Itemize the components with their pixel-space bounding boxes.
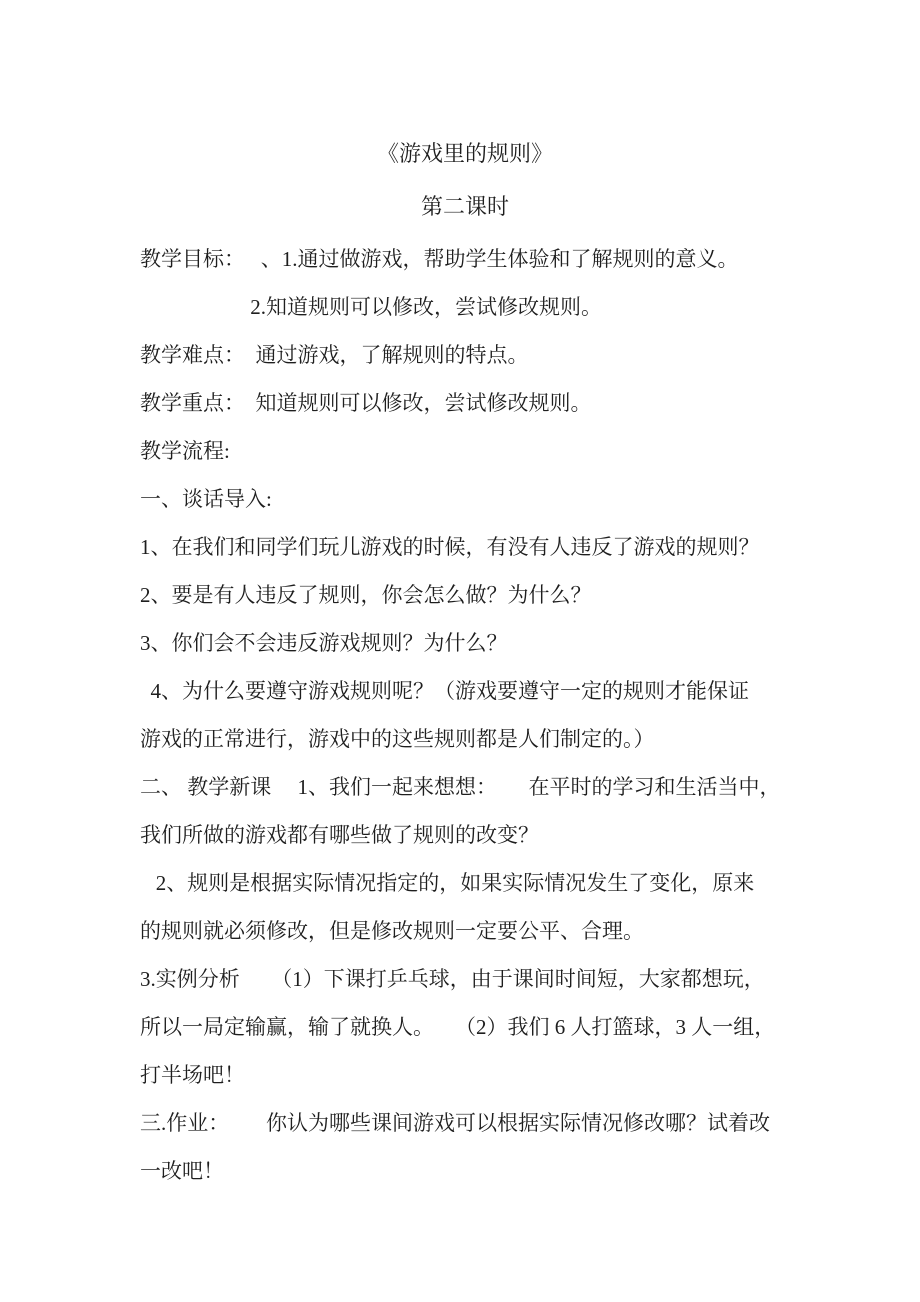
document-line: 教学目标： 、1.通过做游戏，帮助学生体验和了解规则的意义。 [140, 235, 790, 283]
document-line: 一、谈话导入: [140, 475, 790, 523]
document-body: 教学目标： 、1.通过做游戏，帮助学生体验和了解规则的意义。 2.知道规则可以修… [140, 235, 790, 1195]
document-line: 3.实例分析 （1）下课打乒乓球，由于课间时间短，大家都想玩， [140, 955, 790, 1003]
document-line: 3、你们会不会违反游戏规则？为什么？ [140, 619, 790, 667]
document-line: 2.知道规则可以修改，尝试修改规则。 [140, 283, 790, 331]
document-line: 4、为什么要遵守游戏规则呢？（游戏要遵守一定的规则才能保证 [140, 667, 790, 715]
document-line: 教学重点： 知道规则可以修改，尝试修改规则。 [140, 379, 790, 427]
document-title: 《游戏里的规则》 [140, 130, 790, 178]
document-line: 我们所做的游戏都有哪些做了规则的改变？ [140, 811, 790, 859]
document-line: 2、要是有人违反了规则，你会怎么做？为什么？ [140, 571, 790, 619]
document-page: 《游戏里的规则》 第二课时 教学目标： 、1.通过做游戏，帮助学生体验和了解规则… [0, 0, 920, 1302]
document-line: 1、在我们和同学们玩儿游戏的时候，有没有人违反了游戏的规则？ [140, 523, 790, 571]
document-line: 的规则就必须修改，但是修改规则一定要公平、合理。 [140, 907, 790, 955]
document-line: 二、 教学新课 1、我们一起来想想： 在平时的学习和生活当中， [140, 763, 790, 811]
document-line: 教学流程: [140, 427, 790, 475]
document-line: 所以一局定输赢，输了就换人。 （2）我们 6 人打篮球，3 人一组， [140, 1003, 790, 1051]
document-line: 打半场吧！ [140, 1051, 790, 1099]
document-subtitle: 第二课时 [140, 183, 790, 231]
document-line: 2、规则是根据实际情况指定的，如果实际情况发生了变化，原来 [140, 859, 790, 907]
document-line: 三.作业： 你认为哪些课间游戏可以根据实际情况修改哪？试着改 [140, 1099, 790, 1147]
document-line: 游戏的正常进行，游戏中的这些规则都是人们制定的。） [140, 715, 790, 763]
document-line: 一改吧！ [140, 1147, 790, 1195]
document-line: 教学难点： 通过游戏，了解规则的特点。 [140, 331, 790, 379]
